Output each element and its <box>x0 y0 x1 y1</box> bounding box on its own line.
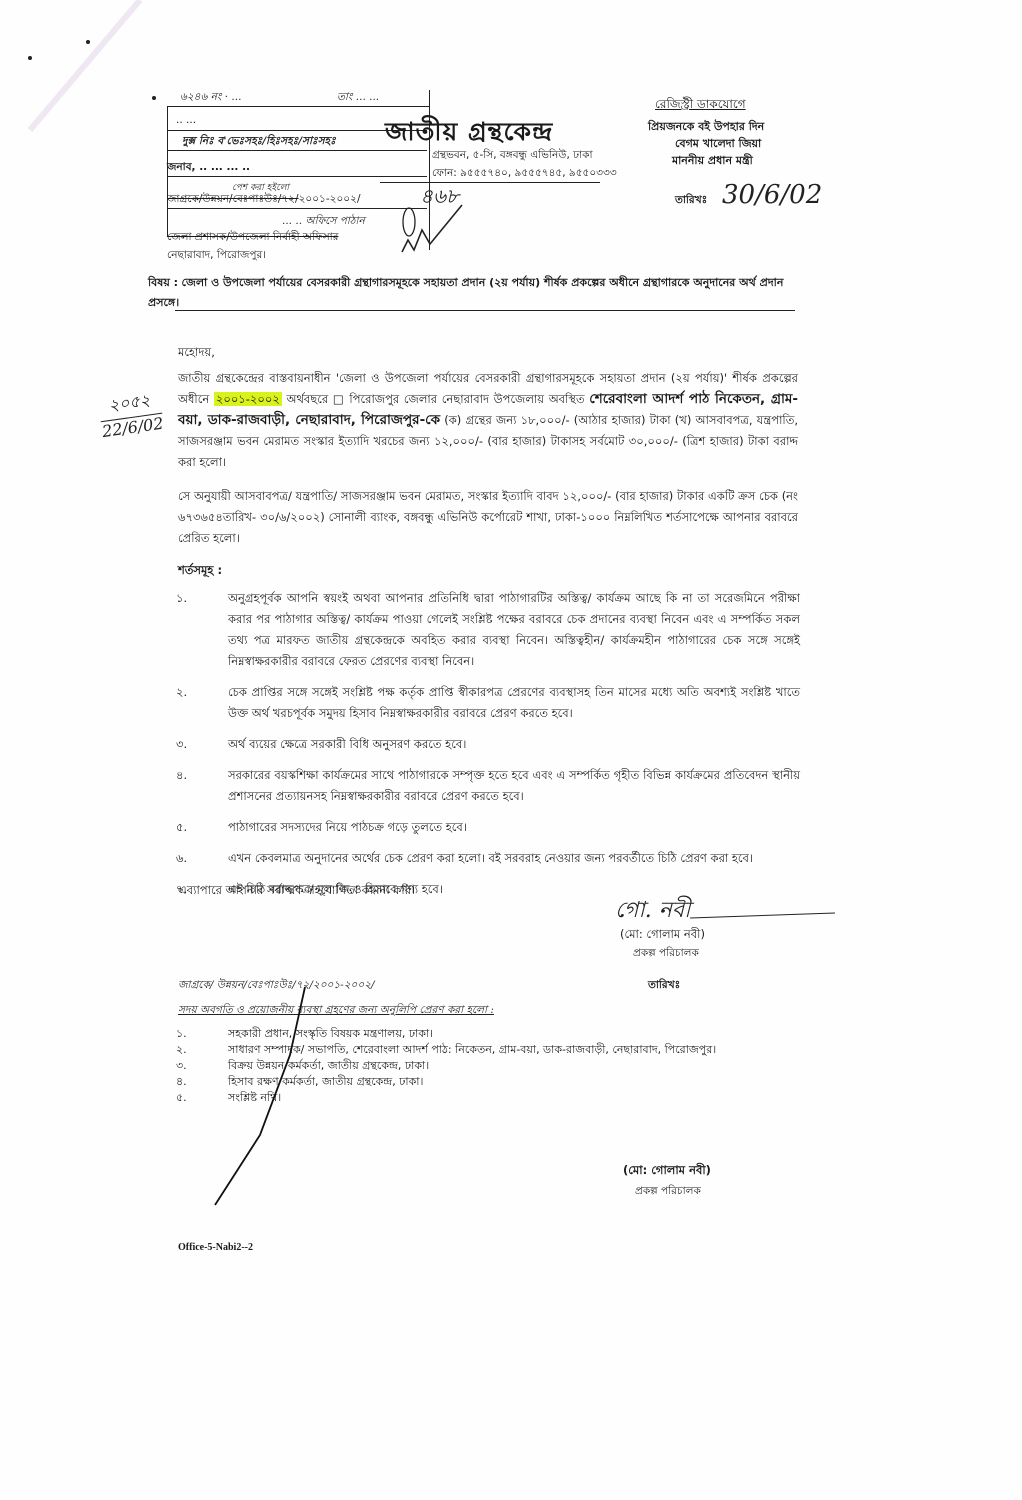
footer-code: Office-5-Nabi2--2 <box>178 1242 253 1253</box>
signatory2-designation: প্রকল্প পরিচালক <box>635 1184 701 1201</box>
date-label: তারিখঃ <box>675 193 707 210</box>
condition-item: ৫.পাঠাগারের সদস্যদের নিয়ে পাঠচক্র গড়ে … <box>140 817 800 838</box>
signatory-name: (মো: গোলাম নবী) <box>620 924 705 945</box>
condition-item: ১.অনুগ্রহপূর্বক আপনি স্বয়ংই অথবা আপনার … <box>140 588 800 672</box>
stamp-ref-struck: জাগ্রকে/উন্নয়ন/বেঃপাঃউঃ/৭২/ <box>167 193 299 205</box>
fiscal-year-highlight: ২০০১-২০০২ <box>214 392 282 406</box>
stamp-ref-year: ২০০১-২০০২/ <box>299 193 361 205</box>
recipient-location: নেছারাবাদ, পিরোজপুর। <box>167 248 266 265</box>
condition-text: পাঠাগারের সদস্যদের নিয়ে পাঠচক্র গড়ে তু… <box>228 817 800 838</box>
condition-number: ৩. <box>140 734 228 755</box>
salutation: মহোদয়, <box>178 342 215 363</box>
condition-item: ৬.এখন কেবলমাত্র অনুদানের অর্থের চেক প্রে… <box>140 848 800 869</box>
stamp-line4: জনাব, .. ... ... .. <box>167 160 250 177</box>
subject: বিষয় : জেলা ও উপজেলা পর্যায়ের বেসরকারী… <box>148 273 798 313</box>
stamp-line1-right: তাং ... ... <box>337 90 379 107</box>
subject-text: জেলা ও উপজেলা পর্যায়ের বেসরকারী গ্রন্থা… <box>148 276 783 309</box>
condition-text: এখন কেবলমাত্র অনুদানের অর্থের চেক প্রেরণ… <box>228 848 800 869</box>
initial-scribble <box>392 200 492 260</box>
cross-out-stroke <box>200 985 320 1210</box>
condition-text: চেক প্রাপ্তির সঙ্গে সঙ্গেই সংশ্লিষ্ট পক্… <box>228 682 800 724</box>
stamp-line3: দুক্স নিঃ ব'ভেঃসহঃ/হিঃসহঃ/সাঃসহঃ <box>182 134 336 151</box>
condition-item: ৩.অর্থ ব্যয়ের ক্ষেত্রে সরকারী বিধি অনুস… <box>140 734 800 755</box>
registered-post-label: রেজিস্ট্রী ডাকযোগে <box>655 96 746 116</box>
subject-label: বিষয় : <box>148 276 178 289</box>
paragraph-cheque: সে অনুযায়ী আসবাবপত্র/ যন্ত্রপাতি/ সাজসর… <box>178 486 798 549</box>
date-value: 30/6/02 <box>722 180 822 210</box>
condition-number: ২. <box>140 682 228 724</box>
condition-number: ১. <box>140 588 228 672</box>
recipient-office-struck: জেলা প্রশাসক/উপজেলা নির্বাহী অফিসার <box>167 231 338 243</box>
condition-number: ৫. <box>140 817 228 838</box>
memo-date-label: তারিখঃ <box>648 978 680 995</box>
stamp-line6: ... .. অফিসে পাঠান <box>282 214 365 231</box>
condition-number: ৬. <box>140 848 228 869</box>
paragraph-allocation: জাতীয় গ্রন্থকেন্দ্রের বাস্তবায়নাধীন 'জ… <box>178 368 798 473</box>
conditions-list: ১.অনুগ্রহপূর্বক আপনি স্বয়ংই অথবা আপনার … <box>140 588 800 910</box>
condition-item: ২.চেক প্রাপ্তির সঙ্গে সঙ্গেই সংশ্লিষ্ট প… <box>140 682 800 724</box>
condition-number: ৪. <box>140 765 228 807</box>
signatory-designation: প্রকল্প পরিচালক <box>633 946 699 963</box>
signatory2-name: (মো: গোলাম নবী) <box>623 1160 711 1181</box>
org-address: গ্রন্থভবন, ৫-সি, বঙ্গবন্ধু এভিনিউ, ঢাকা <box>432 148 593 165</box>
slogan-line3: মাননীয় প্রধান মন্ত্রী <box>672 152 753 171</box>
condition-text: সরকারের বয়স্কশিক্ষা কার্যক্রমের সাথে পা… <box>228 765 800 807</box>
stamp-line1-left: ৬২৪৬ নং · ... <box>180 90 241 107</box>
condition-text: অনুগ্রহপূর্বক আপনি স্বয়ংই অথবা আপনার প্… <box>228 588 800 672</box>
para1-mid: অর্থবছরে □ পিরোজপুর জেলার নেছারাবাদ উপজে… <box>282 392 589 406</box>
margin-note: ২০৫২ 22/6/02 <box>97 386 165 441</box>
stamp-ref: জাগ্রকে/উন্নয়ন/বেঃপাঃউঃ/৭২/২০০১-২০০২/ <box>167 192 361 209</box>
closing-line: এব্যাপারে আপনার সর্বাত্মক সহযোগিতা কামনা… <box>178 880 415 901</box>
org-phone: ফোন: ৯৫৫৫৭৪০, ৯৫৫৫৭৪৫, ৯৫৫০৩৩৩ <box>432 166 617 183</box>
condition-text: অর্থ ব্যয়ের ক্ষেত্রে সরকারী বিধি অনুসরণ… <box>228 734 800 755</box>
condition-item: ৪.সরকারের বয়স্কশিক্ষা কার্যক্রমের সাথে … <box>140 765 800 807</box>
conditions-title: শর্তসমূহ : <box>178 560 222 581</box>
stamp-line2: .. ... <box>176 114 196 126</box>
recipient-office: জেলা প্রশাসক/উপজেলা নির্বাহী অফিসার <box>167 230 338 247</box>
